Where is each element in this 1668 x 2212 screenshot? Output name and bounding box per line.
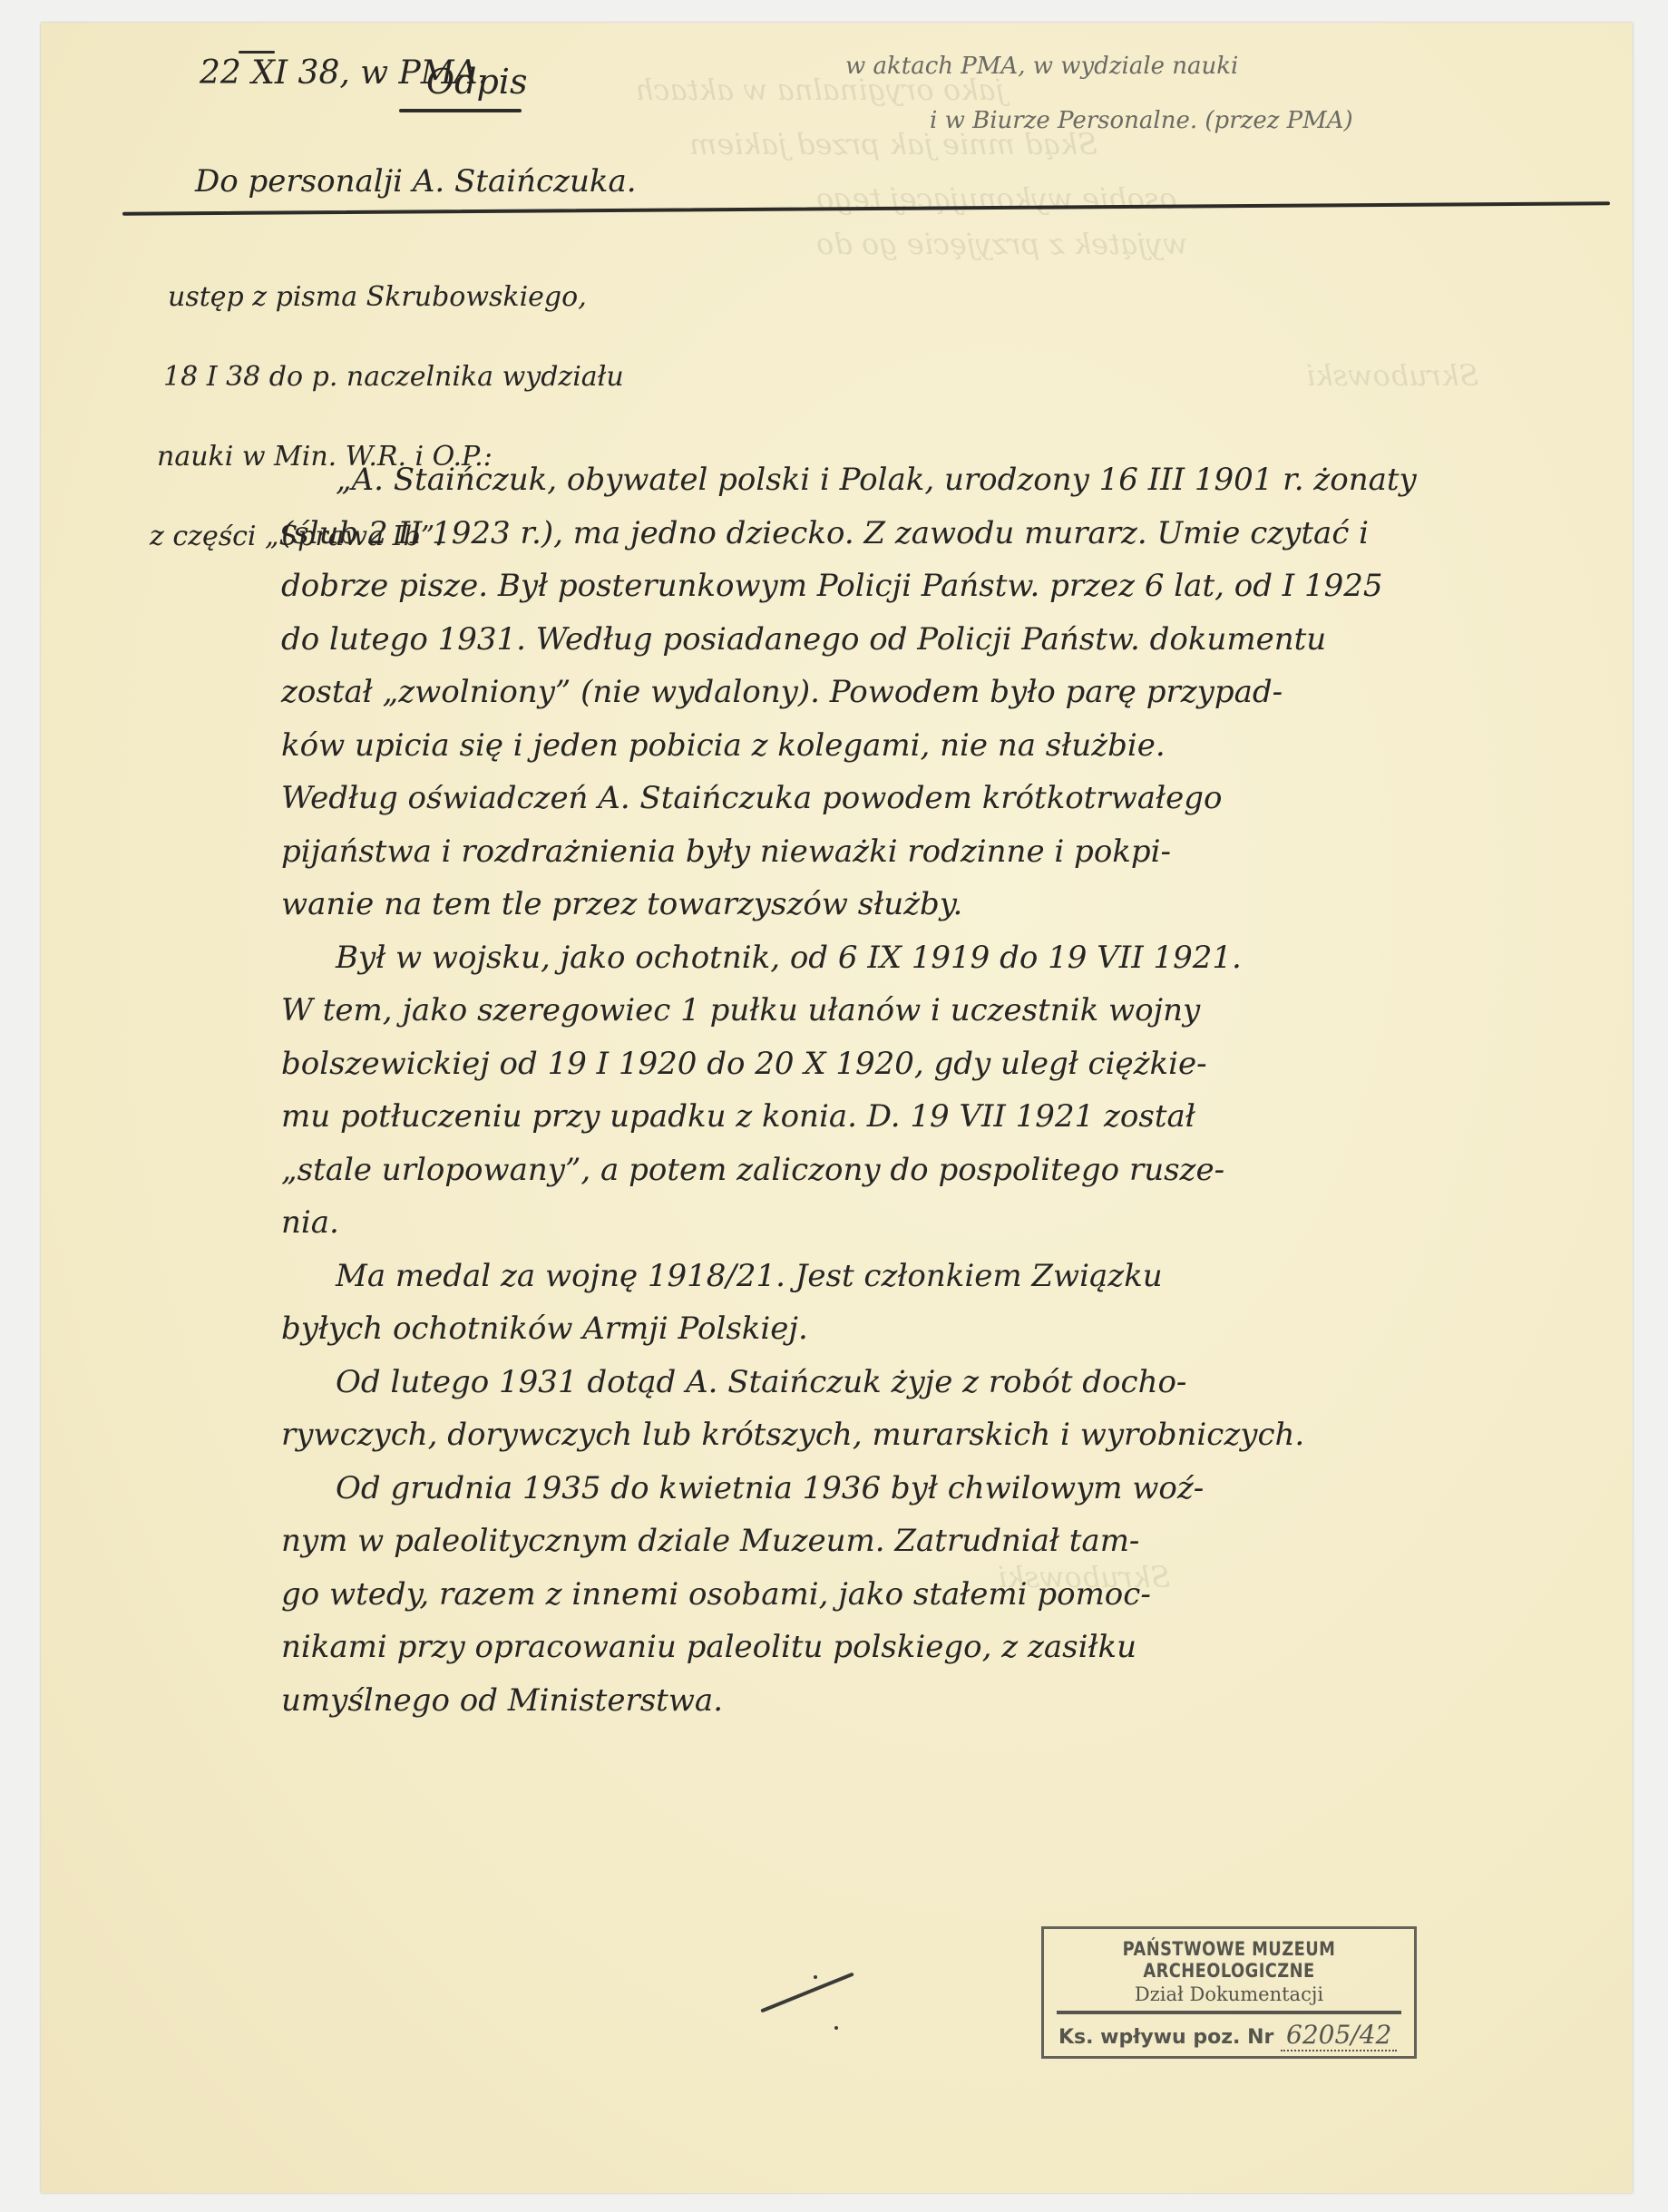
museum-registry-stamp: PAŃSTWOWE MUZEUM ARCHEOLOGICZNE Dział Do… bbox=[1041, 1926, 1417, 2059]
body-line: Był w wojsku, jako ochotnik, od 6 IX 191… bbox=[281, 931, 1587, 985]
body-line: rywczych, dorywczych lub krótszych, mura… bbox=[281, 1408, 1587, 1462]
stamp-department: Dział Dokumentacji bbox=[1044, 1983, 1414, 2005]
stamp-register-number: 6205/42 bbox=[1281, 2020, 1397, 2051]
body-line: Według oświadczeń A. Staińczuka powodem … bbox=[281, 772, 1587, 825]
body-line: nikami przy opracowaniu paleolitu polski… bbox=[281, 1621, 1587, 1674]
copy-label: Odpis bbox=[426, 62, 527, 102]
body-line: umyślnego od Ministerstwa. bbox=[281, 1674, 1587, 1728]
body-line: (ślub 2 II 1923 r.), ma jedno dziecko. Z… bbox=[281, 507, 1587, 560]
excerpt-line: ustęp z pisma Skrubowskiego, bbox=[150, 278, 624, 317]
ink-dot bbox=[814, 1975, 817, 1979]
body-line: został „zwolniony” (nie wydalony). Powod… bbox=[281, 666, 1587, 719]
body-line: go wtedy, razem z innemi osobami, jako s… bbox=[281, 1568, 1587, 1622]
ink-dot bbox=[834, 2026, 838, 2030]
copy-label-underline bbox=[399, 109, 522, 112]
stamp-register-line: Ks. wpływu poz. Nr 6205/42 bbox=[1044, 2020, 1414, 2050]
body-line: ków upicia się i jeden pobicia z kolegam… bbox=[281, 719, 1587, 773]
bleed-through-text: osobie wykonującej tego bbox=[816, 181, 1177, 216]
month-overline bbox=[239, 51, 275, 54]
bleed-through-text: Skrubowski bbox=[1306, 358, 1478, 393]
body-line: do lutego 1931. Według posiadanego od Po… bbox=[281, 613, 1587, 667]
stamp-organization: PAŃSTWOWE MUZEUM ARCHEOLOGICZNE bbox=[1072, 1938, 1387, 1982]
body-line: nym w paleolitycznym dziale Muzeum. Zatr… bbox=[281, 1515, 1587, 1568]
bleed-through-text: wyjątek z przyjęcie go do bbox=[816, 227, 1187, 261]
body-line: bolszewickiej od 19 I 1920 do 20 X 1920,… bbox=[281, 1038, 1587, 1091]
body-line: mu potłuczeniu przy upadku z konia. D. 1… bbox=[281, 1090, 1587, 1144]
stamp-divider bbox=[1057, 2011, 1401, 2014]
body-line: Od grudnia 1935 do kwietnia 1936 był chw… bbox=[281, 1462, 1587, 1515]
excerpt-line: 18 I 38 do p. naczelnika wydziału bbox=[150, 357, 624, 397]
letter-body: „A. Staińczuk, obywatel polski i Polak, … bbox=[281, 453, 1587, 1727]
body-line: Ma medal za wojnę 1918/21. Jest członkie… bbox=[281, 1250, 1587, 1303]
distribution-note-line2: i w Biurze Personalne. (przez PMA) bbox=[930, 107, 1353, 134]
body-line: „A. Staińczuk, obywatel polski i Polak, … bbox=[281, 453, 1587, 507]
body-line: Od lutego 1931 dotąd A. Staińczuk żyje z… bbox=[281, 1356, 1587, 1409]
body-line: pijaństwa i rozdrażnienia były nieważki … bbox=[281, 825, 1587, 879]
body-line: dobrze pisze. Był posterunkowym Policji … bbox=[281, 560, 1587, 613]
body-line: W tem, jako szeregowiec 1 pułku ułanów i… bbox=[281, 984, 1587, 1038]
stamp-register-label: Ks. wpływu poz. Nr bbox=[1058, 2026, 1273, 2049]
distribution-note-line1: w aktach PMA, w wydziale nauki bbox=[845, 53, 1238, 80]
document-title: Do personalji A. Staińczuka. bbox=[195, 163, 637, 200]
body-line: wanie na tem tle przez towarzyszów służb… bbox=[281, 878, 1587, 931]
body-line: byłych ochotników Armji Polskiej. bbox=[281, 1302, 1587, 1356]
body-line: nia. bbox=[281, 1196, 1587, 1250]
body-line: „stale urlopowany”, a potem zaliczony do… bbox=[281, 1144, 1587, 1197]
